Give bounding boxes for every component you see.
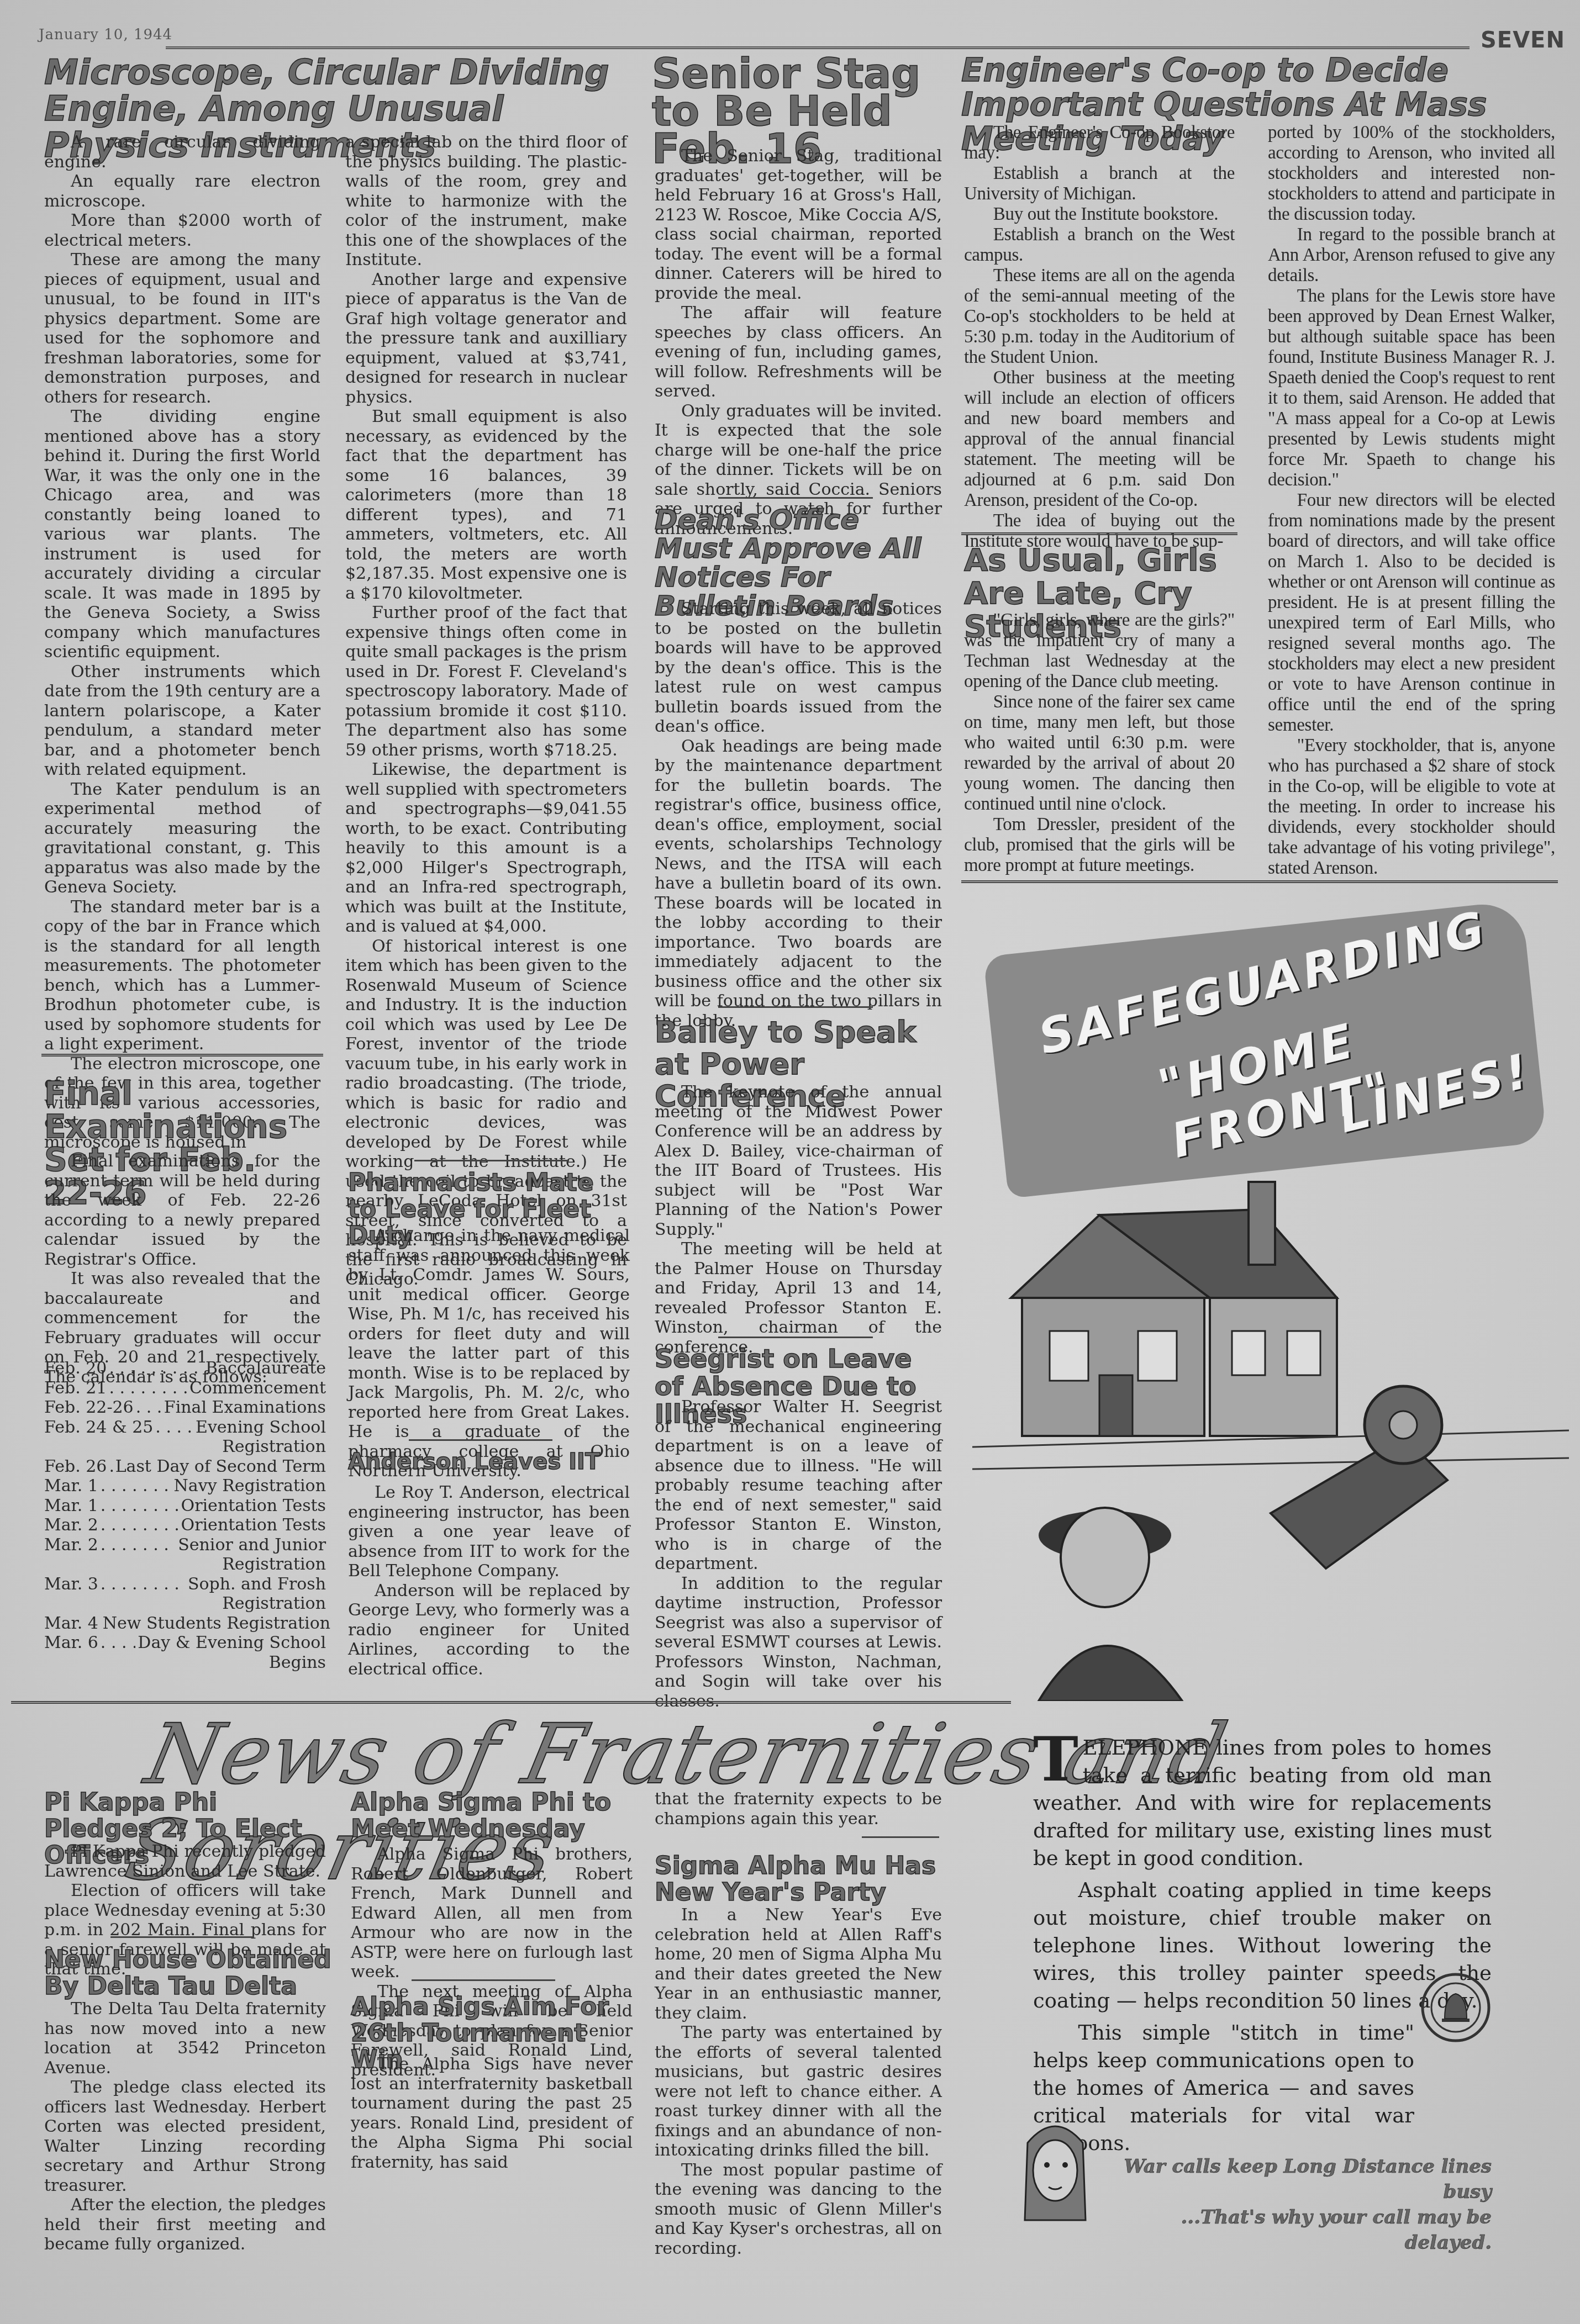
calendar-event-continued: Registration xyxy=(44,1437,326,1457)
article-sigma-alpha-mu: In a New Year's Eve celebration held at … xyxy=(655,1905,942,2258)
calendar-row: Feb. 24 & 25. . . . . . . . . . . . . . … xyxy=(44,1418,326,1438)
paragraph: "Every stockholder, that is, anyone who … xyxy=(1268,736,1555,879)
calendar-event: Soph. and Frosh xyxy=(188,1575,326,1594)
paragraph: The plans for the Lewis store have been … xyxy=(1268,286,1555,490)
section-divider xyxy=(718,497,873,499)
paragraph: A rare circular dividing engine. xyxy=(44,133,320,172)
article-alpha-sigs: The Alpha Sigs have never lost an interf… xyxy=(351,2054,633,2172)
paragraph: Four new directors will be elected from … xyxy=(1268,490,1555,736)
calendar-date: Mar. 2 xyxy=(44,1515,98,1535)
leader-dots: . . . . . . . . . . . . . . . . . . . . … xyxy=(136,1398,162,1418)
article-seegrist: Professor Walter H. Seegrist of the mech… xyxy=(655,1397,942,1711)
paragraph: "Girls, girls, where are the girls?" was… xyxy=(964,610,1235,692)
leader-dots: . . . . . . . . . . . . . . . . . . . . … xyxy=(109,1359,203,1378)
masthead-rule xyxy=(166,46,1470,49)
article-delta-tau-delta: The Delta Tau Delta fraternity has now m… xyxy=(44,1999,326,2254)
paragraph: The dividing engine mentioned above has … xyxy=(44,407,320,662)
article-anderson: Le Roy T. Anderson, electrical engineeri… xyxy=(348,1483,630,1679)
paragraph: that the fraternity expects to be champi… xyxy=(655,1789,942,1829)
article-final-exams: Final examinations for the current term … xyxy=(44,1152,320,1387)
leader-dots: . . . . . . . . . . . . . . . . . . . . … xyxy=(109,1457,113,1477)
calendar-date: Feb. 21 xyxy=(44,1378,107,1398)
page-number: SEVEN xyxy=(1481,28,1565,53)
issue-date: January 10, 1944 xyxy=(39,27,172,43)
paragraph: The Delta Tau Delta fraternity has now m… xyxy=(44,1999,326,2078)
section-divider xyxy=(412,1979,555,1981)
paragraph: After the election, the pledges held the… xyxy=(44,2195,326,2254)
calendar-event-continued: Registration xyxy=(44,1555,326,1575)
article-pharmacist: A change in the navy medical staff was a… xyxy=(348,1226,630,1481)
section-divider xyxy=(110,1936,254,1938)
section-divider xyxy=(718,1337,873,1338)
leader-dots: . . . . . . . . . . . . . . . . . . . . … xyxy=(101,1633,136,1653)
calendar-event: Day & Evening School xyxy=(138,1633,326,1653)
paragraph: The Alpha Sigs have never lost an interf… xyxy=(351,2054,633,2172)
paragraph: Buy out the Institute bookstore. xyxy=(964,204,1235,225)
leader-dots: . . . . . . . . . . . . . . . . . . . . … xyxy=(101,1515,179,1535)
calendar-event: Orientation Tests xyxy=(181,1496,326,1516)
paragraph: The pledge class elected its officers la… xyxy=(44,2078,326,2195)
section-divider xyxy=(961,532,1237,535)
calendar-row: Feb. 20. . . . . . . . . . . . . . . . .… xyxy=(44,1359,326,1378)
calendar-row: Mar. 1. . . . . . . . . . . . . . . . . … xyxy=(44,1496,326,1516)
calendar-date: Mar. 1 xyxy=(44,1476,98,1496)
calendar-event: New Students Registration xyxy=(103,1614,330,1634)
paragraph: Anderson will be replaced by George Levy… xyxy=(348,1581,630,1679)
calendar-row: Mar. 1. . . . . . . . . . . . . . . . . … xyxy=(44,1476,326,1496)
paragraph: Professor Walter H. Seegrist of the mech… xyxy=(655,1397,942,1574)
calendar-event: Last Day of Second Term xyxy=(115,1457,326,1477)
paragraph: Alpha Sigma Phi brothers, Robert Oldenbu… xyxy=(351,1845,633,1982)
paragraph: Starting this week, all notices to be po… xyxy=(655,599,942,737)
leader-dots: . . . . . . . . . . . . . . . . . . . . … xyxy=(101,1535,176,1555)
headline-anderson: Anderson Leaves IIT xyxy=(348,1450,624,1474)
paragraph: The Engineer's Co-op Bookstore may: xyxy=(964,123,1235,163)
paragraph: ported by 100% of the stockholders, acco… xyxy=(1268,123,1555,225)
article-physics-col2: a special lab on the third floor of the … xyxy=(345,133,627,1290)
calendar-row: Mar. 3. . . . . . . . . . . . . . . . . … xyxy=(44,1575,326,1594)
section-divider xyxy=(718,1006,873,1008)
calendar-event-continued: Registration xyxy=(44,1594,326,1614)
paragraph: More than $2000 worth of electrical mete… xyxy=(44,211,320,250)
paragraph: Another large and expensive piece of app… xyxy=(345,270,627,408)
paragraph: In a New Year's Eve celebration held at … xyxy=(655,1905,942,2023)
dropcap: T xyxy=(1033,1736,1078,1783)
paragraph: The meeting will be held at the Palmer H… xyxy=(655,1239,942,1357)
section-divider xyxy=(414,1160,569,1161)
paragraph: Oak headings are being made by the maint… xyxy=(655,737,942,1031)
paragraph: a special lab on the third floor of the … xyxy=(345,133,627,270)
advertisement-illustration: SAFEGUARDING "HOME FRONT" LINES! xyxy=(972,895,1569,1701)
paragraph: The affair will feature speeches by clas… xyxy=(655,303,942,402)
paragraph: Other instruments which date from the 19… xyxy=(44,662,320,780)
calendar-date: Mar. 6 xyxy=(44,1633,98,1653)
headline-alpha-sigma-phi: Alpha Sigma Phi to Meet Wednesday xyxy=(351,1789,627,1842)
paragraph: Other business at the meeting will inclu… xyxy=(964,368,1235,511)
tagline-line2: ...That's why your call may be delayed. xyxy=(1116,2205,1492,2256)
section-divider xyxy=(11,1701,1011,1704)
paragraph: Pi Kappa Phi recently pledged Lawrence S… xyxy=(44,1842,326,1881)
paragraph: In regard to the possible branch at Ann … xyxy=(1268,225,1555,286)
article-coop-col2: ported by 100% of the stockholders, acco… xyxy=(1268,123,1555,879)
house-and-painter-illustration-icon xyxy=(972,1171,1569,1701)
calendar-row: Mar. 2. . . . . . . . . . . . . . . . . … xyxy=(44,1535,326,1555)
exam-calendar: Feb. 20. . . . . . . . . . . . . . . . .… xyxy=(44,1359,326,1672)
leader-dots: . . . . . . . . . . . . . . . . . . . . … xyxy=(101,1496,179,1516)
paragraph: The most popular pastime of the evening … xyxy=(655,2161,942,2259)
leader-dots: . . . . . . . . . . . . . . . . . . . . … xyxy=(101,1476,172,1496)
telephone-operator-portrait-icon xyxy=(1017,2110,1094,2242)
calendar-row: Mar. 6. . . . . . . . . . . . . . . . . … xyxy=(44,1633,326,1653)
paragraph: But small equipment is also necessary, a… xyxy=(345,407,627,603)
calendar-event: Senior and Junior xyxy=(178,1535,326,1555)
headline-sigma-alpha-mu: Sigma Alpha Mu Has New Year's Party xyxy=(655,1853,942,1906)
paragraph: These are among the many pieces of equip… xyxy=(44,250,320,407)
calendar-row: Mar. 4. . . . . . . . . . . . . . . . . … xyxy=(44,1614,326,1634)
section-divider xyxy=(862,1836,939,1838)
section-divider xyxy=(41,1054,323,1057)
paragraph: Further proof of the fact that expensive… xyxy=(345,603,627,760)
paragraph: Le Roy T. Anderson, electrical engineeri… xyxy=(348,1483,630,1581)
leader-dots: . . . . . . . . . . . . . . . . . . . . … xyxy=(101,1575,186,1594)
paragraph: Final examinations for the current term … xyxy=(44,1152,320,1269)
paragraph: Likewise, the department is well supplie… xyxy=(345,760,627,937)
article-girls-late: "Girls, girls, where are the girls?" was… xyxy=(964,610,1235,876)
section-divider xyxy=(409,1439,552,1441)
leader-dots: . . . . . . . . . . . . . . . . . . . . … xyxy=(155,1418,193,1438)
calendar-event: Evening School xyxy=(196,1418,326,1438)
paragraph: The keynote of the annual meeting of the… xyxy=(655,1082,942,1239)
paragraph: In addition to the regular daytime instr… xyxy=(655,1574,942,1712)
headline-delta-tau-delta: New House Obtained By Delta Tau Delta xyxy=(44,1947,331,2000)
paragraph: Since none of the fairer sex came on tim… xyxy=(964,692,1235,815)
calendar-date: Feb. 24 & 25 xyxy=(44,1418,153,1438)
calendar-date: Mar. 3 xyxy=(44,1575,98,1594)
article-bailey: The keynote of the annual meeting of the… xyxy=(655,1082,942,1357)
calendar-row: Feb. 26. . . . . . . . . . . . . . . . .… xyxy=(44,1457,326,1477)
bell-system-seal-icon xyxy=(1420,1972,1492,2043)
calendar-row: Feb. 21. . . . . . . . . . . . . . . . .… xyxy=(44,1378,326,1398)
paragraph: Establish a branch at the University of … xyxy=(964,163,1235,204)
tagline-line1: War calls keep Long Distance lines busy xyxy=(1116,2154,1492,2205)
section-divider xyxy=(961,880,1558,883)
calendar-date: Mar. 2 xyxy=(44,1535,98,1555)
calendar-date: Mar. 1 xyxy=(44,1496,98,1516)
leader-dots: . . . . . . . . . . . . . . . . . . . . … xyxy=(109,1378,187,1398)
calendar-event: Final Examinations xyxy=(164,1398,326,1418)
calendar-event: Baccalaureate xyxy=(206,1359,326,1378)
calendar-row: Mar. 2. . . . . . . . . . . . . . . . . … xyxy=(44,1515,326,1535)
calendar-date: Mar. 4 xyxy=(44,1614,98,1634)
calendar-event: Orientation Tests xyxy=(181,1515,326,1535)
calendar-row: Feb. 22-26. . . . . . . . . . . . . . . … xyxy=(44,1398,326,1418)
article-alpha-sigs-continued: that the fraternity expects to be champi… xyxy=(655,1789,942,1829)
ad-paragraph: ELEPHONE lines from poles to homes take … xyxy=(1033,1736,1492,1870)
article-deans-office: Starting this week, all notices to be po… xyxy=(655,599,942,1031)
paragraph: These items are all on the agenda of the… xyxy=(964,266,1235,368)
calendar-date: Feb. 20 xyxy=(44,1359,107,1378)
paragraph: Establish a branch on the West campus. xyxy=(964,225,1235,266)
calendar-date: Feb. 26 xyxy=(44,1457,107,1477)
ad-tagline: War calls keep Long Distance lines busy … xyxy=(1116,2154,1492,2256)
paragraph: The Senior Stag, traditional graduates' … xyxy=(655,146,942,303)
article-senior-stag: The Senior Stag, traditional graduates' … xyxy=(655,146,942,538)
paragraph: A change in the navy medical staff was a… xyxy=(348,1226,630,1481)
paragraph: Tom Dressler, president of the club, pro… xyxy=(964,815,1235,876)
article-coop-col1: The Engineer's Co-op Bookstore may:Estab… xyxy=(964,123,1235,552)
paragraph: The party was entertained by the efforts… xyxy=(655,2023,942,2161)
paragraph: An equally rare electron microscope. xyxy=(44,172,320,211)
paragraph: The standard meter bar is a copy of the … xyxy=(44,897,320,1054)
calendar-event: Navy Registration xyxy=(174,1476,326,1496)
paragraph: The Kater pendulum is an experimental me… xyxy=(44,780,320,897)
calendar-date: Feb. 22-26 xyxy=(44,1398,134,1418)
advertisement-copy: TELEPHONE lines from poles to homes take… xyxy=(1033,1734,1492,2162)
calendar-event: Commencement xyxy=(189,1378,326,1398)
article-physics-col1: A rare circular dividing engine. An equa… xyxy=(44,133,320,1152)
calendar-event-continued: Begins xyxy=(44,1653,326,1673)
